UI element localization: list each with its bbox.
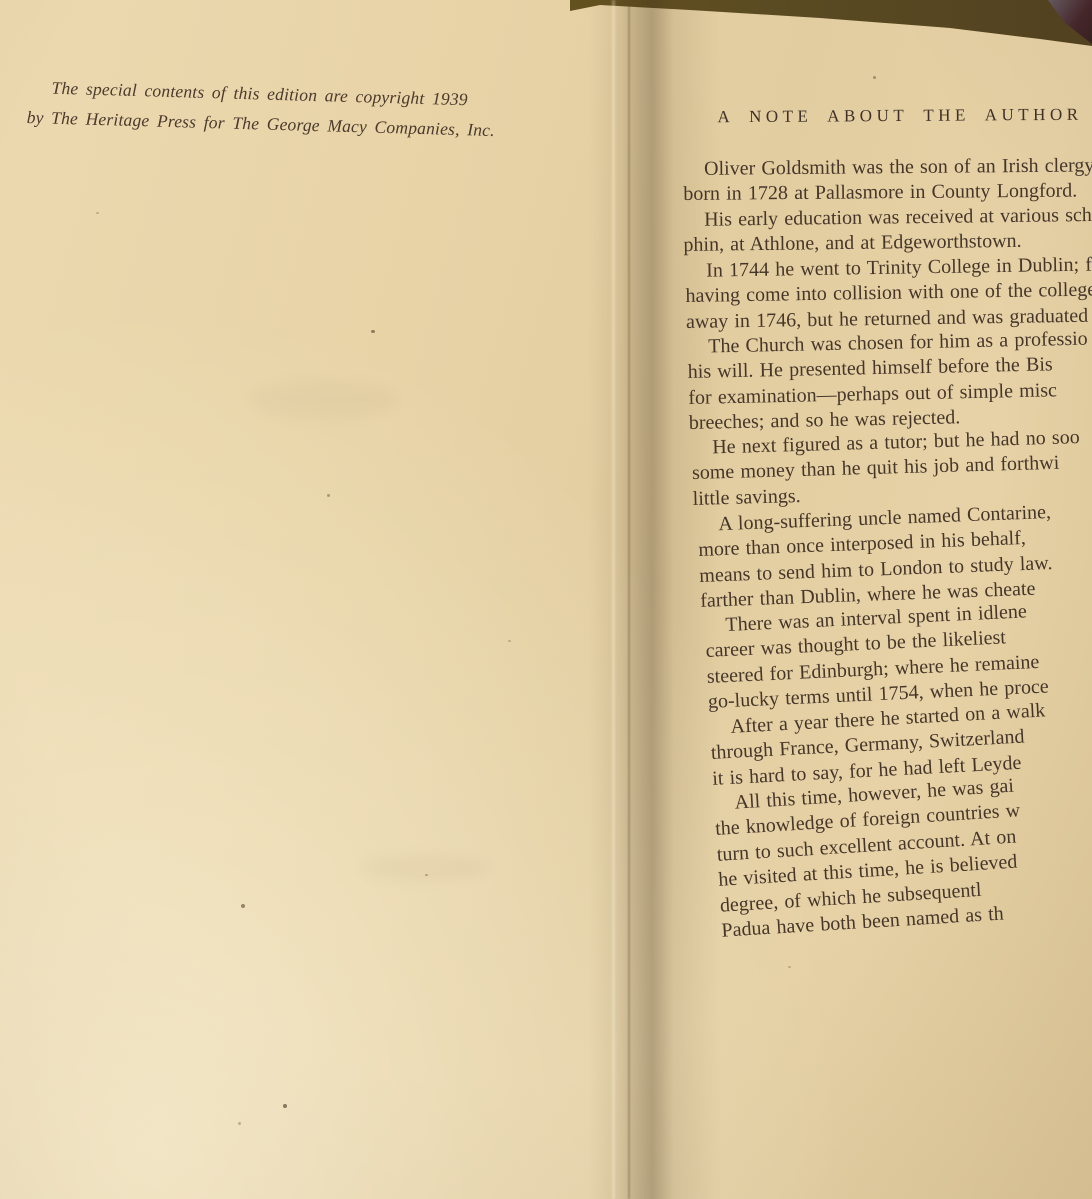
book-photo: The special contents of this edition are…: [0, 0, 1092, 1199]
page-heading: A NOTE ABOUT THE AUTHOR: [700, 105, 1092, 128]
paragraph: Oliver Goldsmith was the son of an Irish…: [683, 152, 1092, 208]
paper-speck: [508, 640, 511, 642]
text-line: Oliver Goldsmith was the son of an Irish…: [683, 152, 1092, 183]
paper-speck: [238, 1122, 241, 1125]
copyright-notice: The special contents of this edition are…: [26, 72, 496, 145]
paragraph: In 1744 he went to Trinity College in Du…: [685, 249, 1092, 335]
paper-speck: [873, 76, 876, 79]
author-note-text: Oliver Goldsmith was the son of an Irish…: [683, 157, 1092, 945]
paragraph: The Church was chosen for him as a profe…: [687, 322, 1092, 437]
paper-speck: [371, 330, 375, 333]
fold-crease-shadow: [628, 6, 630, 1199]
paragraph: His early education was received at vari…: [683, 200, 1092, 258]
paper-speck: [96, 212, 99, 214]
fold-crease-highlight: [612, 0, 615, 1199]
paper-speck: [241, 904, 245, 908]
showthrough-smudge: [360, 855, 490, 881]
paper-speck: [283, 1104, 287, 1108]
paper-speck: [788, 966, 791, 968]
showthrough-smudge: [250, 380, 400, 420]
paper-speck: [327, 494, 330, 497]
